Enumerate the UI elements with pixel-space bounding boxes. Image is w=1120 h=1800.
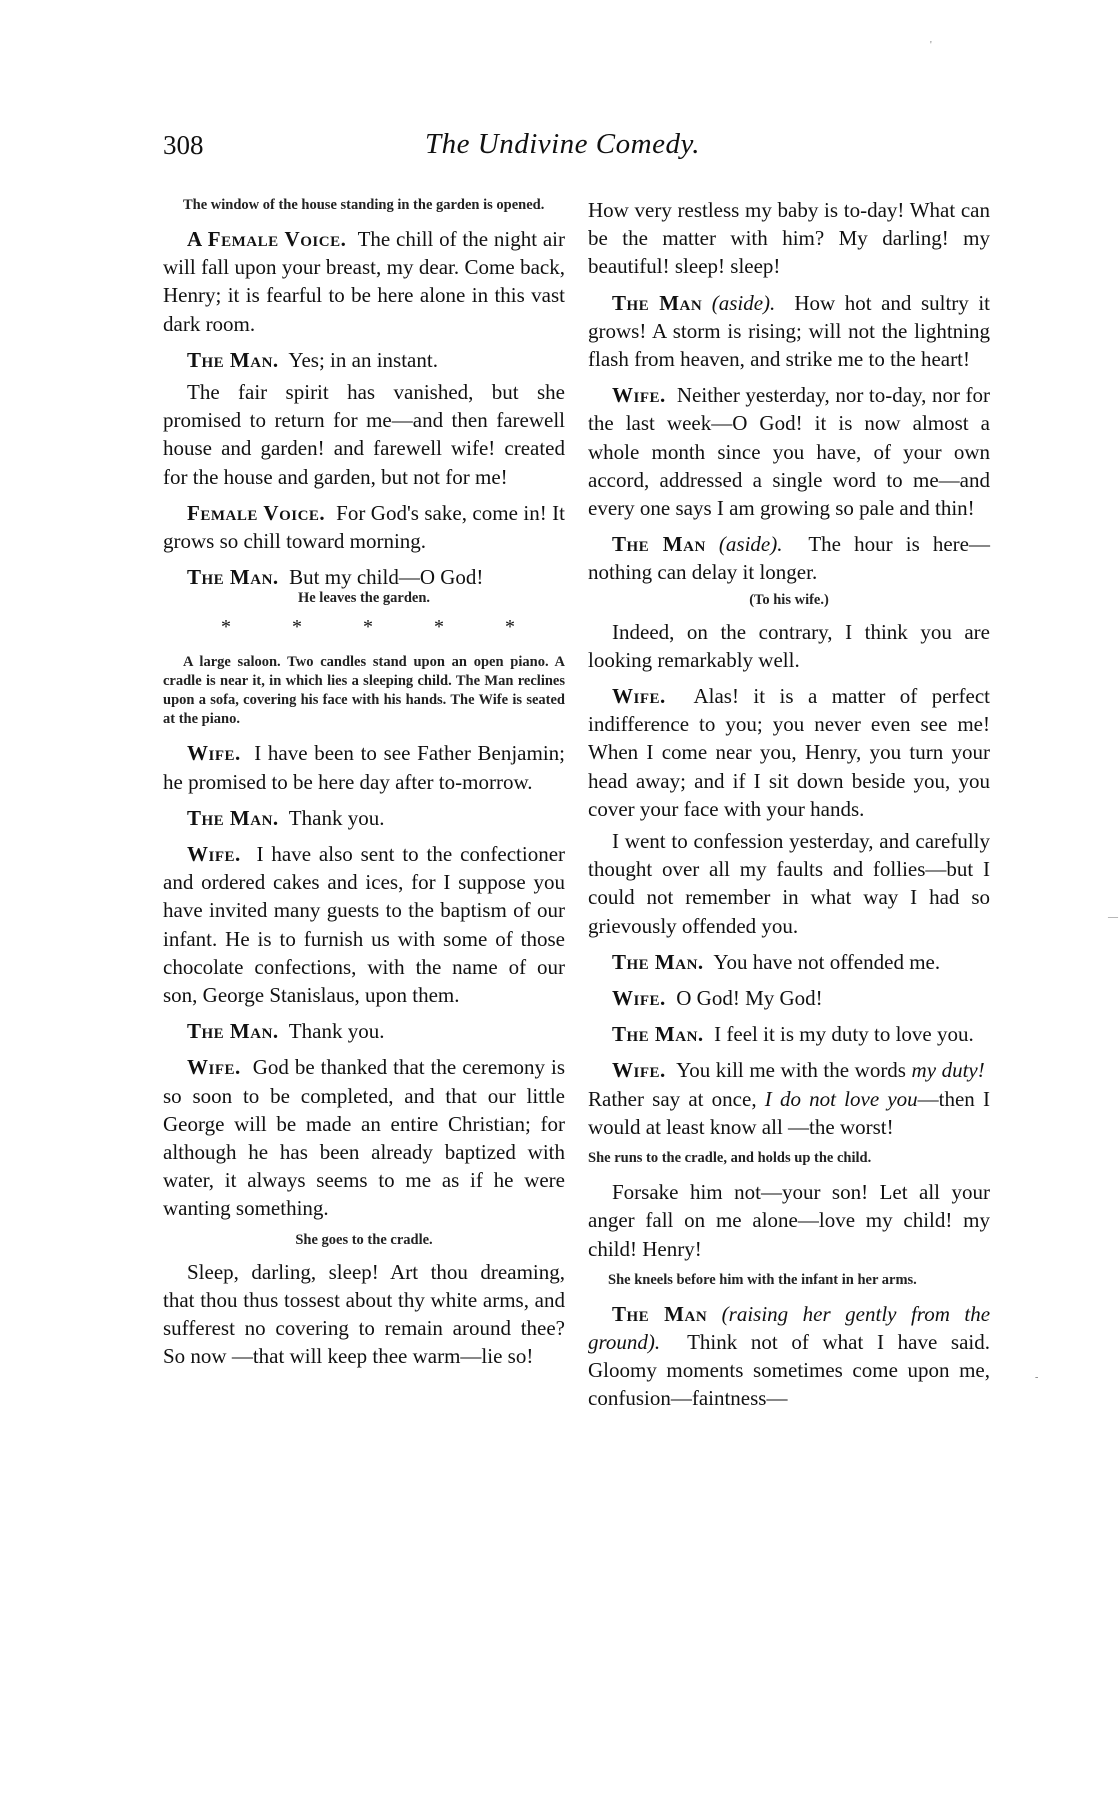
dialogue-text: I feel it is my duty to love you.: [714, 1022, 974, 1046]
dialogue-paragraph: Wife. I have been to see Father Benjamin…: [163, 739, 565, 795]
speaker-name: Female Voice.: [187, 501, 325, 525]
italic-phrase: I do not love you: [765, 1087, 918, 1111]
right-column: How very restless my baby is to-day! Wha…: [588, 196, 990, 1421]
dialogue-text: Thank you.: [289, 1019, 385, 1043]
stage-direction: She kneels before him with the infant in…: [588, 1271, 990, 1290]
dialogue-text: God be thanked that the ceremony is so s…: [163, 1055, 565, 1220]
italic-phrase: my duty!: [912, 1058, 985, 1082]
stage-direction: A large saloon. Two candles stand upon a…: [163, 653, 565, 729]
dialogue-text: But my child—O God!: [289, 565, 483, 589]
dialogue-text: You kill me with the words: [676, 1058, 906, 1082]
dialogue-text: Yes; in an instant.: [288, 348, 438, 372]
dialogue-paragraph: Wife. You kill me with the words my duty…: [588, 1056, 990, 1141]
speaker-name: The Man.: [612, 1022, 704, 1046]
dialogue-paragraph: I went to confession yesterday, and care…: [588, 827, 990, 940]
dialogue-paragraph: The Man (aside). The hour is here—nothin…: [588, 530, 990, 586]
dialogue-paragraph: Wife. O God! My God!: [588, 984, 990, 1012]
dialogue-paragraph: A Female Voice. The chill of the night a…: [163, 225, 565, 338]
dialogue-paragraph: How very restless my baby is to-day! Wha…: [588, 196, 990, 281]
section-break: * * * * *: [163, 616, 565, 639]
scan-speck: -: [1035, 1372, 1038, 1383]
asterisk: *: [434, 616, 444, 639]
dialogue-paragraph: The Man. Yes; in an instant.: [163, 346, 565, 374]
dialogue-text: I have also sent to the confectioner and…: [163, 842, 565, 1007]
speaker-name: Wife.: [187, 741, 241, 765]
left-column: The window of the house standing in the …: [163, 196, 565, 1379]
dialogue-paragraph: The Man. But my child—O God!: [163, 563, 565, 591]
asterisk: *: [221, 616, 231, 639]
speaker-name: The Man: [612, 291, 702, 315]
running-title: The Undivine Comedy.: [425, 128, 700, 161]
dialogue-paragraph: The Man (aside). How hot and sultry it g…: [588, 289, 990, 374]
scan-speck: ': [930, 40, 932, 51]
dialogue-text: Thank you.: [289, 806, 385, 830]
page-number: 308: [163, 130, 204, 161]
dialogue-paragraph: Indeed, on the contrary, I think you are…: [588, 618, 990, 674]
stage-direction: He leaves the garden.: [163, 589, 565, 608]
stage-aside: (aside).: [719, 532, 783, 556]
scan-speck: —: [1108, 912, 1118, 923]
speaker-name: The Man.: [187, 348, 279, 372]
speaker-name: Wife.: [612, 986, 666, 1010]
dialogue-paragraph: The Man. Thank you.: [163, 804, 565, 832]
stage-direction: The window of the house standing in the …: [163, 196, 565, 215]
dialogue-paragraph: The Man (raising her gently from the gro…: [588, 1300, 990, 1413]
speaker-name: Wife.: [187, 1055, 241, 1079]
stage-direction: She runs to the cradle, and holds up the…: [588, 1149, 990, 1168]
speaker-name: The Man.: [187, 806, 279, 830]
dialogue-text: You have not offended me.: [713, 950, 940, 974]
dialogue-paragraph: The Man. I feel it is my duty to love yo…: [588, 1020, 990, 1048]
speaker-name: Wife.: [612, 684, 666, 708]
speaker-name: The Man.: [187, 1019, 279, 1043]
dialogue-text: Rather say at once,: [588, 1087, 757, 1111]
speaker-name: Wife.: [612, 383, 666, 407]
speaker-name: The Man.: [612, 950, 704, 974]
speaker-name: The Man: [612, 1302, 707, 1326]
dialogue-paragraph: Forsake him not—your son! Let all your a…: [588, 1178, 990, 1263]
speaker-name: The Man.: [187, 565, 279, 589]
speaker-name: Wife.: [187, 842, 241, 866]
dialogue-paragraph: Female Voice. For God's sake, come in! I…: [163, 499, 565, 555]
stage-direction: She goes to the cradle.: [163, 1231, 565, 1250]
dialogue-text: O God! My God!: [676, 986, 822, 1010]
dialogue-paragraph: The Man. Thank you.: [163, 1017, 565, 1045]
dialogue-paragraph: Wife. God be thanked that the ceremony i…: [163, 1053, 565, 1222]
dialogue-paragraph: The Man. You have not offended me.: [588, 948, 990, 976]
stage-aside: (aside).: [712, 291, 776, 315]
asterisk: *: [505, 616, 515, 639]
speaker-name: The Man: [612, 532, 706, 556]
stage-direction: (To his wife.): [588, 591, 990, 610]
asterisk: *: [292, 616, 302, 639]
dialogue-paragraph: Wife. I have also sent to the confection…: [163, 840, 565, 1009]
dialogue-paragraph: Wife. Neither yesterday, nor to-day, nor…: [588, 381, 990, 522]
dialogue-paragraph: Sleep, darling, sleep! Art thou dreaming…: [163, 1258, 565, 1371]
speaker-name: A Female Voice.: [187, 227, 346, 251]
asterisk: *: [363, 616, 373, 639]
dialogue-paragraph: Wife. Alas! it is a matter of perfect in…: [588, 682, 990, 823]
dialogue-paragraph: The fair spirit has vanished, but she pr…: [163, 378, 565, 491]
speaker-name: Wife.: [612, 1058, 666, 1082]
